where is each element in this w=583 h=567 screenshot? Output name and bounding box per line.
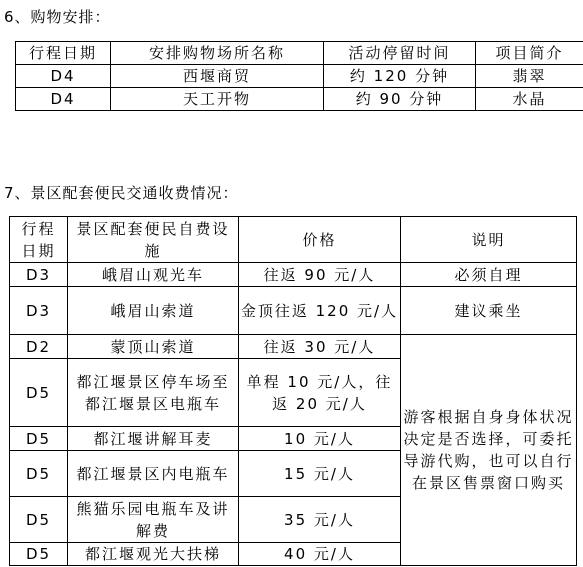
table-row: D4 天工开物 约 90 分钟 水晶 [16,88,583,111]
cell-facility: 蒙顶山索道 [68,335,239,359]
cell-price: 10 元/人 [239,427,401,451]
table-row: D2 蒙顶山索道 往返 30 元/人 游客根据自身身体状况决定是否选择，可委托导… [10,335,577,359]
cell-day: D5 [10,543,68,566]
header-duration: 活动停留时间 [324,42,476,65]
cell-facility: 都江堰景区停车场至都江堰景区电瓶车 [68,359,239,427]
section6-heading: 6、购物安排： [4,6,111,27]
cell-intro: 翡翠 [476,65,583,88]
cell-day: D5 [10,359,68,427]
table-row: D3 峨眉山索道 金顶往返 120 元/人 建议乘坐 [10,287,577,335]
section7-heading: 7、景区配套便民交通收费情况： [4,182,239,203]
cell-facility: 峨眉山观光车 [68,263,239,287]
table-row: D3 峨眉山观光车 往返 90 元/人 必须自理 [10,263,577,287]
header-facility: 景区配套便民自费设施 [68,217,239,263]
cell-price: 金顶往返 120 元/人 [239,287,401,335]
cell-day: D4 [16,65,111,88]
header-price: 价格 [239,217,401,263]
cell-day: D5 [10,427,68,451]
table-header-row: 行程日期 景区配套便民自费设施 价格 说明 [10,217,577,263]
cell-facility: 都江堰景区内电瓶车 [68,451,239,497]
cell-price: 15 元/人 [239,451,401,497]
header-day: 行程日期 [10,217,68,263]
header-place: 安排购物场所名称 [111,42,324,65]
shopping-table: 行程日期 安排购物场所名称 活动停留时间 项目简介 D4 西堰商贸 约 120 … [15,41,583,111]
header-note: 说明 [401,217,577,263]
cell-duration: 约 120 分钟 [324,65,476,88]
cell-place: 西堰商贸 [111,65,324,88]
cell-facility: 都江堰观光大扶梯 [68,543,239,566]
cell-facility: 熊猫乐园电瓶车及讲解费 [68,497,239,543]
cell-note: 建议乘坐 [401,287,577,335]
table-header-row: 行程日期 安排购物场所名称 活动停留时间 项目简介 [16,42,583,65]
header-intro: 项目简介 [476,42,583,65]
table-row: D4 西堰商贸 约 120 分钟 翡翠 [16,65,583,88]
cell-facility: 都江堰讲解耳麦 [68,427,239,451]
cell-day: D3 [10,263,68,287]
transport-fee-table: 行程日期 景区配套便民自费设施 价格 说明 D3 峨眉山观光车 往返 90 元/… [9,216,577,566]
cell-day: D4 [16,88,111,111]
cell-price: 单程 10 元/人，往返 20 元/人 [239,359,401,427]
cell-price: 往返 30 元/人 [239,335,401,359]
cell-day: D5 [10,497,68,543]
cell-facility: 峨眉山索道 [68,287,239,335]
cell-price: 35 元/人 [239,497,401,543]
cell-day: D3 [10,287,68,335]
cell-intro: 水晶 [476,88,583,111]
cell-place: 天工开物 [111,88,324,111]
cell-day: D5 [10,451,68,497]
cell-price: 往返 90 元/人 [239,263,401,287]
cell-duration: 约 90 分钟 [324,88,476,111]
cell-shared-note: 游客根据自身身体状况决定是否选择，可委托导游代购，也可以自行在景区售票窗口购买 [401,335,577,566]
header-day: 行程日期 [16,42,111,65]
cell-price: 40 元/人 [239,543,401,566]
cell-day: D2 [10,335,68,359]
cell-note: 必须自理 [401,263,577,287]
